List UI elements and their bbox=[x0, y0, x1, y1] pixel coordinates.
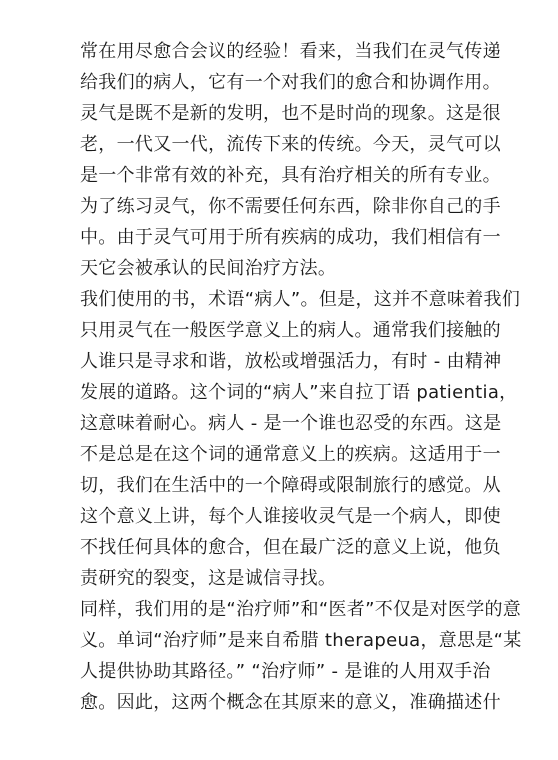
text-line: 义。单词“治疗师”是来自希腊 therapeua，意思是“某 bbox=[80, 625, 500, 656]
text-line: 责研究的裂变，这是诚信寻找。 bbox=[80, 563, 500, 594]
text-line: 愈。因此，这两个概念在其原来的意义，准确描述什 bbox=[80, 687, 500, 718]
text-line: 同样，我们用的是“治疗师”和“医者”不仅是对医学的意 bbox=[80, 594, 500, 625]
text-line: 人谁只是寻求和谐，放松或增强活力，有时 - 由精神 bbox=[80, 346, 500, 377]
text-line: 不是总是在这个词的通常意义上的疾病。这适用于一 bbox=[80, 439, 500, 470]
text-line: 给我们的病人，它有一个对我们的愈合和协调作用。 bbox=[80, 67, 500, 98]
text-line: 为了练习灵气，你不需要任何东西，除非你自己的手 bbox=[80, 191, 500, 222]
text-line: 只用灵气在一般医学意义上的病人。通常我们接触的 bbox=[80, 315, 500, 346]
text-line: 常在用尽愈合会议的经验！看来，当我们在灵气传递 bbox=[80, 36, 500, 67]
text-line: 切，我们在生活中的一个障碍或限制旅行的感觉。从 bbox=[80, 470, 500, 501]
text-line: 这个意义上讲，每个人谁接收灵气是一个病人，即使 bbox=[80, 501, 500, 532]
text-line: 灵气是既不是新的发明，也不是时尚的现象。这是很 bbox=[80, 98, 500, 129]
text-line: 人提供协助其路径。” “治疗师” - 是谁的人用双手治 bbox=[80, 656, 500, 687]
text-line: 中。由于灵气可用于所有疾病的成功，我们相信有一 bbox=[80, 222, 500, 253]
text-line: 这意味着耐心。病人 - 是一个谁也忍受的东西。这是 bbox=[80, 408, 500, 439]
document-page: 常在用尽愈合会议的经验！看来，当我们在灵气传递 给我们的病人，它有一个对我们的愈… bbox=[0, 0, 558, 760]
text-line: 是一个非常有效的补充，具有治疗相关的所有专业。 bbox=[80, 160, 500, 191]
text-line: 不找任何具体的愈合，但在最广泛的意义上说，他负 bbox=[80, 532, 500, 563]
text-line: 老，一代又一代，流传下来的传统。今天，灵气可以 bbox=[80, 129, 500, 160]
text-line: 天它会被承认的民间治疗方法。 bbox=[80, 253, 500, 284]
text-line: 我们使用的书，术语“病人”。但是，这并不意味着我们 bbox=[80, 284, 500, 315]
text-line: 发展的道路。这个词的“病人”来自拉丁语 patientia， bbox=[80, 377, 500, 408]
document-body: 常在用尽愈合会议的经验！看来，当我们在灵气传递 给我们的病人，它有一个对我们的愈… bbox=[80, 36, 500, 718]
